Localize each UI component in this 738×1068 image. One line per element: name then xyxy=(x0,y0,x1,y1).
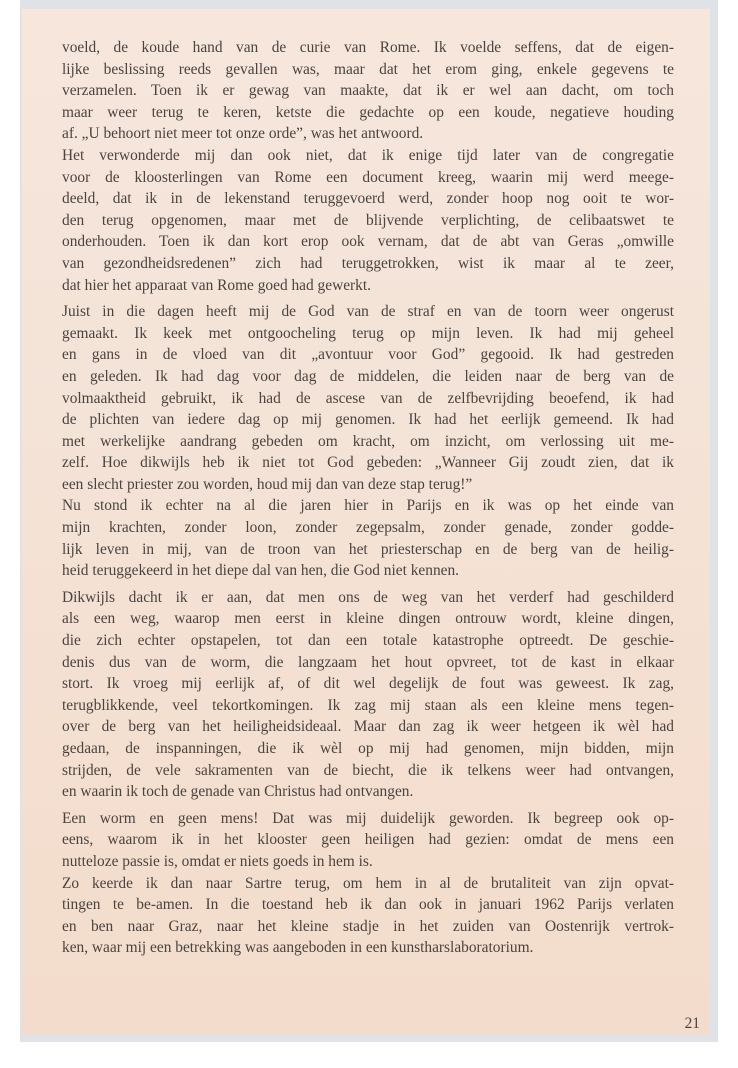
text-line: dat hier het apparaat van Rome goed had … xyxy=(62,275,674,297)
text-line: Nu stond ik echter na al die jaren hier … xyxy=(62,495,674,517)
text-line: stort. Ik vroeg mij eerlijk af, of dit w… xyxy=(62,673,674,695)
paragraph: Zo keerde ik dan naar Sartre terug, om h… xyxy=(62,873,674,959)
paragraph: Een worm en geen mens! Dat was mij duide… xyxy=(62,808,674,873)
text-line: deeld, dat ik in de lekenstand teruggevo… xyxy=(62,188,674,210)
text-line: voeld, de koude hand van de curie van Ro… xyxy=(62,37,674,59)
text-line: nutteloze passie is, omdat er niets goed… xyxy=(62,851,674,873)
text-line: en waarin ik toch de genade van Christus… xyxy=(62,781,674,803)
text-line: verzamelen. Toen ik er gewag van maakte,… xyxy=(62,80,674,102)
text-line: over de berg van het heiligheidsideaal. … xyxy=(62,716,674,738)
text-line: den terug opgenomen, maar met de blijven… xyxy=(62,210,674,232)
text-line: heid teruggekeerd in het diepe dal van h… xyxy=(62,560,674,582)
text-line: Juist in die dagen heeft mij de God van … xyxy=(62,301,674,323)
text-line: strijden, de vele sakramenten van de bie… xyxy=(62,760,674,782)
book-page: voeld, de koude hand van de curie van Ro… xyxy=(22,9,710,1035)
text-line: met werkelijke aandrang gebeden om krach… xyxy=(62,431,674,453)
text-line: volmaaktheid gebruikt, ik had de ascese … xyxy=(62,388,674,410)
text-line: eens, waarom ik in het klooster geen hei… xyxy=(62,829,674,851)
text-line: lijke beslissing reeds gevallen was, maa… xyxy=(62,59,674,81)
paragraph: voeld, de koude hand van de curie van Ro… xyxy=(62,37,674,145)
text-line: die zich echter opstapelen, tot dan een … xyxy=(62,630,674,652)
paragraph: Nu stond ik echter na al die jaren hier … xyxy=(62,495,674,581)
scan-frame: voeld, de koude hand van de curie van Ro… xyxy=(20,0,718,1042)
text-line: van gezondheidsredenen” zich had terugge… xyxy=(62,253,674,275)
text-line: als een weg, waarop men eerst in kleine … xyxy=(62,608,674,630)
text-line: maar weer terug te keren, ketste die ged… xyxy=(62,102,674,124)
text-line: en geleden. Ik had dag voor dag de midde… xyxy=(62,366,674,388)
text-line: denis dus van de worm, die langzaam het … xyxy=(62,652,674,674)
text-line: Dikwijls dacht ik er aan, dat men ons de… xyxy=(62,587,674,609)
text-line: Het verwonderde mij dan ook niet, dat ik… xyxy=(62,145,674,167)
text-line: Een worm en geen mens! Dat was mij duide… xyxy=(62,808,674,830)
text-line: ken, waar mij een betrekking was aangebo… xyxy=(62,937,674,959)
text-line: gedaan, de inspanningen, die ik wèl op m… xyxy=(62,738,674,760)
paragraph: Het verwonderde mij dan ook niet, dat ik… xyxy=(62,145,674,296)
text-line: tingen te be-amen. In die toestand heb i… xyxy=(62,894,674,916)
text-line: gemaakt. Ik keek met ontgoocheling terug… xyxy=(62,323,674,345)
text-line: een slecht priester zou worden, houd mij… xyxy=(62,474,674,496)
text-line: mijn krachten, zonder loon, zonder zegep… xyxy=(62,517,674,539)
text-line: terugblikkende, veel tekortkomingen. Ik … xyxy=(62,695,674,717)
text-line: voor de kloosterlingen van Rome een docu… xyxy=(62,167,674,189)
paragraph: Dikwijls dacht ik er aan, dat men ons de… xyxy=(62,587,674,803)
text-line: zelf. Hoe dikwijls heb ik niet tot God g… xyxy=(62,452,674,474)
text-line: lijk leven in mij, van de troon van het … xyxy=(62,539,674,561)
text-line: onderhouden. Toen ik dan kort erop ook v… xyxy=(62,231,674,253)
paragraph: Juist in die dagen heeft mij de God van … xyxy=(62,301,674,495)
text-line: Zo keerde ik dan naar Sartre terug, om h… xyxy=(62,873,674,895)
body-text: voeld, de koude hand van de curie van Ro… xyxy=(62,37,674,959)
text-line: af. „U behoort niet meer tot onze orde”,… xyxy=(62,123,674,145)
text-line: en gans in de vloed van dit „avontuur vo… xyxy=(62,344,674,366)
text-line: en ben naar Graz, naar het kleine stadje… xyxy=(62,916,674,938)
page-number: 21 xyxy=(685,1015,700,1033)
text-line: de plichten van iedere dag op mij genome… xyxy=(62,409,674,431)
